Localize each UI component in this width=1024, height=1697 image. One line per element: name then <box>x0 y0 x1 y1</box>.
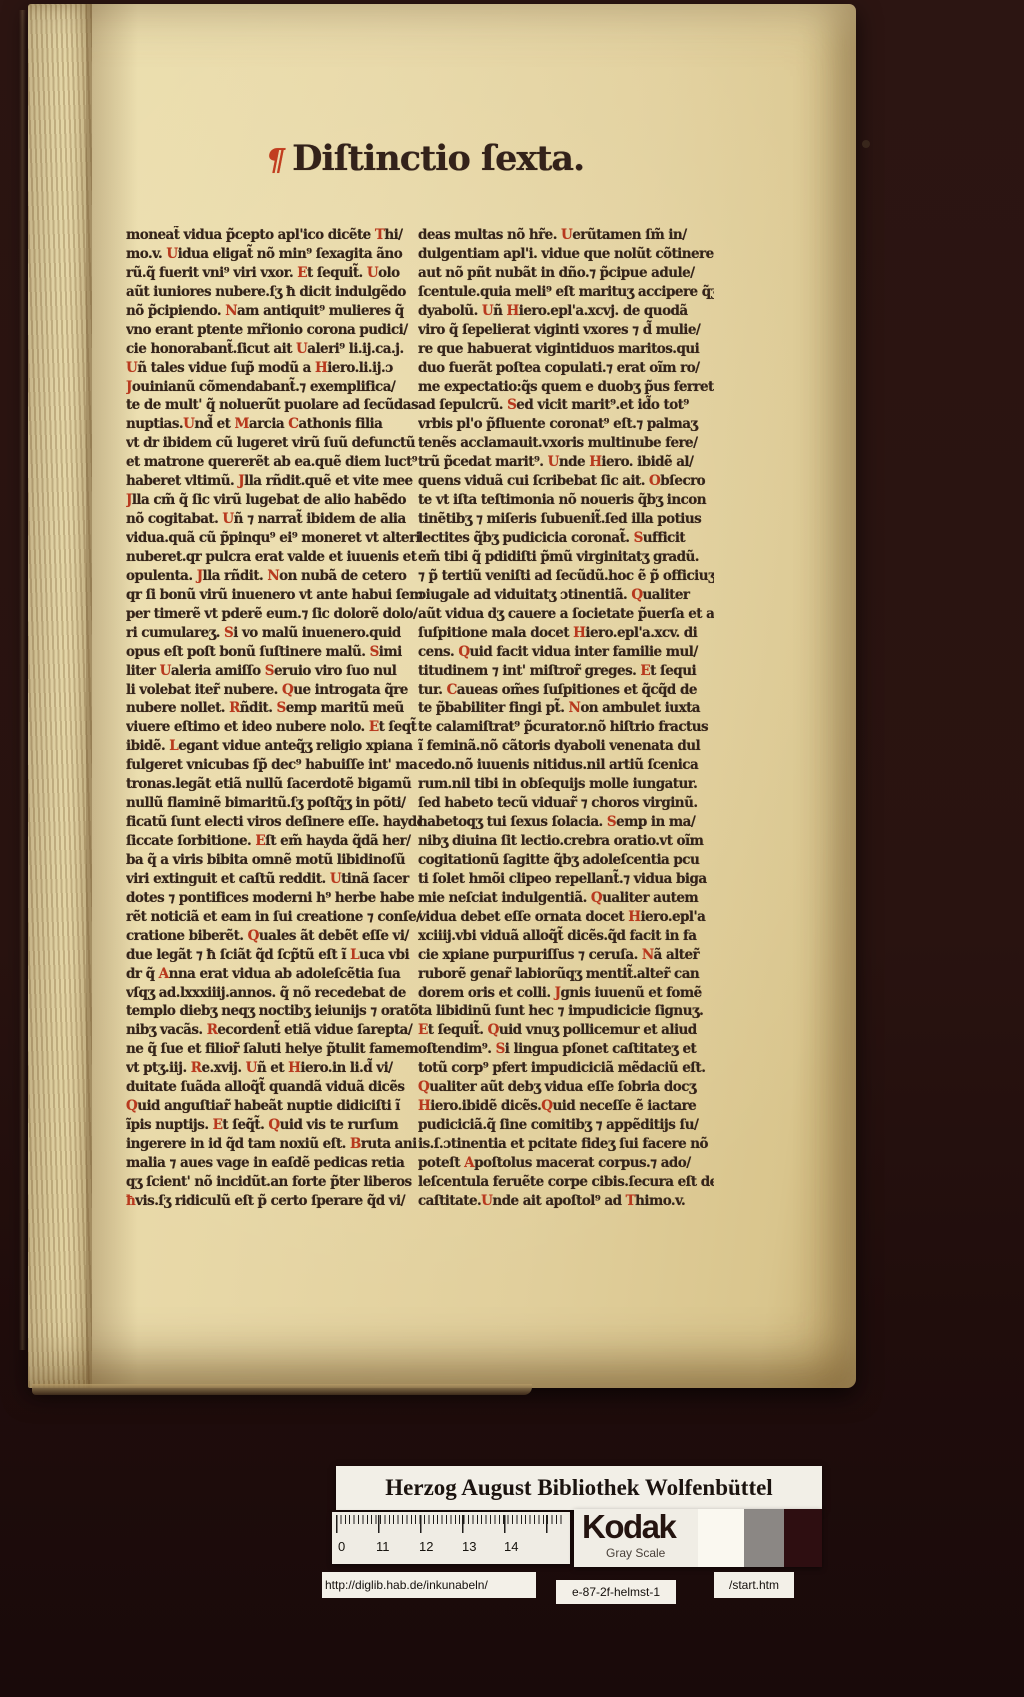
text-line: nõ cogitabat. Uñ ⁊ narrat̃ ibidem de ali… <box>126 510 422 529</box>
text-line: malia ⁊ aues vage in eaſdẽ pedicas retia <box>126 1154 422 1173</box>
text-line: vrbis pl'o p̃fluente coronat⁹ eſt.⁊ palm… <box>418 415 714 434</box>
text-line: vidua debet eſſe ornata docet Hiero.epl'… <box>418 908 714 927</box>
text-line: pudiciciã.q̃ ſine comitibʒ ⁊ appẽditijs … <box>418 1116 714 1135</box>
text-line: ⁊ p̃ tertiũ veniſti ad ſecũdũ.hoc ẽ p̃ o… <box>418 567 714 586</box>
text-line: viro q̃ ſepelierat viginti vxores ⁊ d̃ m… <box>418 321 714 340</box>
text-line: cedo.nõ iuuenis nitidus.nil artiũ ſcenic… <box>418 756 714 775</box>
text-line: vt dr ibidem cũ lugeret virũ ſuũ defunct… <box>126 434 422 453</box>
text-line: mie neſciat indulgentiã. Qualiter autem <box>418 889 714 908</box>
digitization-url-label: http://diglib.hab.de/inkunabeln/ <box>322 1572 536 1598</box>
gray-patch-white <box>698 1509 744 1567</box>
text-line: re que habuerat vigintiduos maritos.qui <box>418 340 714 359</box>
text-line: due legãt ⁊ ħ ſciãt q̃d ſcp̃tũ eſt ĩ Luc… <box>126 946 422 965</box>
text-line: tronas.legãt etiã nullũ ſacerdotẽ bigamũ <box>126 775 422 794</box>
text-line: cens. Quid facit vidua inter familie mul… <box>418 643 714 662</box>
text-line: ĩpis nuptijs. Et ſeq̃t̃. Quid vis te rur… <box>126 1116 422 1135</box>
text-line: ad ſepulcrũ. Sed vicit marit⁹.et id̃o to… <box>418 396 714 415</box>
ruler-number: 11 <box>376 1540 390 1553</box>
text-line: te calamiſtrat⁹ p̃curator.nõ hiſtrio fra… <box>418 718 714 737</box>
text-line: cogitationũ ſagitte q̃bʒ adoleſcentia pc… <box>418 851 714 870</box>
text-line: em̃ tibi q̃ pdidiſti p̃mũ virginitatʒ gr… <box>418 548 714 567</box>
text-line: habetoqʒ tui ſexus ſolacia. Semp in ma/ <box>418 813 714 832</box>
ruler-number: 13 <box>462 1540 476 1553</box>
shelfmark-label: e-87-2f-helmst-1 <box>556 1580 676 1604</box>
text-line: deas multas nõ hr̃e. Uerũtamen ſm̃ in/ <box>418 226 714 245</box>
text-line: templo diebʒ neqʒ noctibʒ ieiunijs ⁊ ora… <box>126 1002 422 1021</box>
text-line: nuptias.Und̃ et Marcia Cathonis filia <box>126 415 422 434</box>
text-line: liter Ualeria amiſſo Seruio viro ſuo nul <box>126 662 422 681</box>
text-line: aut nõ pñt nubãt in dño.⁊ p̃cipue adule/ <box>418 264 714 283</box>
text-line: qʒ ſcient' nõ incidũt.an forte p̃ter lib… <box>126 1173 422 1192</box>
text-line: aũt iuniores nubere.ſʒ ħ dicit indulgẽdo <box>126 283 422 302</box>
text-line: opus eſt poſt bonũ ſuſtinere malũ. Simi <box>126 643 422 662</box>
text-line: dr q̃ Anna erat vidua ab adoleſcẽtia ſua <box>126 965 422 984</box>
ruler-number: 14 <box>504 1540 518 1553</box>
text-line: ti ſolet hmõi clipeo repellant̃.⁊ vidua … <box>418 870 714 889</box>
text-line: aũt vidua dʒ cauere a ſocietate p̃uerſa … <box>418 605 714 624</box>
text-line: Et ſequit̃. Quid vnuʒ pollicemur et aliu… <box>418 1021 714 1040</box>
text-line: duo fuerãt poſtea copulati.⁊ erat oĩm ro… <box>418 359 714 378</box>
text-line: qr ſi bonũ virũ inuenero vt ante habui ſ… <box>126 586 422 605</box>
text-line: dulgentiam apl'i. vidue que nolũt cõtine… <box>418 245 714 264</box>
text-line: ſcentule.quia meli⁹ eſt marituʒ accipere… <box>418 283 714 302</box>
rubric-paragraph-mark: ¶ <box>266 143 284 178</box>
text-line: ibidẽ. Legant vidue anteq̃ʒ religio xpia… <box>126 737 422 756</box>
text-line: ingerere in id q̃d tam noxiũ eſt. Bruta … <box>126 1135 422 1154</box>
text-line: ne q̃ ſue et filior̃ ſaluti helye p̃tuli… <box>126 1040 422 1059</box>
text-line: viri extinguit et caſtũ reddit. Utinã ſa… <box>126 870 422 889</box>
text-line: tenẽs acclamauit.vxoris multinube fere/ <box>418 434 714 453</box>
ruler-number: 0 <box>338 1540 345 1553</box>
book-scan-photo: ¶Diſtinctio ſexta. moneat̃ vidua p̃cepto… <box>0 0 1024 1697</box>
page-bottom-edge <box>32 1384 532 1395</box>
text-line: xciiij.vbi viduã alloq̃t̃ dicẽs.q̃d faci… <box>418 927 714 946</box>
text-line: rum.nil tibi in obſequijs molle iungatur… <box>418 775 714 794</box>
text-line: ta libidinũ ſunt hec ⁊ impudicicie ſignu… <box>418 1002 714 1021</box>
text-column-left: moneat̃ vidua p̃cepto apl'ico dicẽte Thi… <box>126 226 422 1218</box>
text-line: oſtendim⁹. Si lingua pſonet caſtitateʒ e… <box>418 1040 714 1059</box>
text-line: leſcentula feruẽte corpe cibis.ſecura eſ… <box>418 1173 714 1192</box>
library-name-plaque: Herzog August Bibliothek Wolfenbüttel <box>336 1466 822 1510</box>
text-line: tinẽtibʒ ⁊ miſeris ſubuenit̃.ſed illa po… <box>418 510 714 529</box>
text-line: rũ.q̃ fuerit vni⁹ viri vxor. Et ſequit̃.… <box>126 264 422 283</box>
text-column-right: deas multas nõ hr̃e. Uerũtamen ſm̃ in/du… <box>418 226 714 1218</box>
text-line: titudinem ⁊ int' miſtror̃ greges. Et ſeq… <box>418 662 714 681</box>
ruler-ticks <box>336 1515 562 1533</box>
text-line: per timerẽ vt pderẽ eum.⁊ ſic dolorẽ dol… <box>126 605 422 624</box>
text-line: Jouinianũ cõmendabant̃.⁊ exemplifica/ <box>126 378 422 397</box>
text-line: mo.v. Uidua eligat̃ nõ min⁹ ſexagita ãno <box>126 245 422 264</box>
page-title: ¶Diſtinctio ſexta. <box>266 138 584 180</box>
text-line: nõ p̃cipiendo. Nam antiquit⁹ mulieres q̃ <box>126 302 422 321</box>
text-line: nullũ flaminẽ bimaritũ.ſʒ poſtq̃ʒ in põt… <box>126 794 422 813</box>
page-title-text: Diſtinctio ſexta. <box>292 138 584 179</box>
text-line: totũ corp⁹ pfert impudiciciã mẽdaciũ eſt… <box>418 1059 714 1078</box>
text-line: ſuſpitione mala docet Hiero.epl'a.xcv. d… <box>418 624 714 643</box>
book-page: ¶Diſtinctio ſexta. moneat̃ vidua p̃cepto… <box>28 4 856 1388</box>
text-line: cratione biberẽt. Quales ãt debẽt eſſe v… <box>126 927 422 946</box>
ruler-card: 0 11 12 13 14 <box>332 1512 570 1564</box>
ink-speck <box>862 140 870 148</box>
text-line: cie honorabant̃.ſicut ait Ualeri⁹ li.ij.… <box>126 340 422 359</box>
text-line: caſtitate.Unde ait apoſtol⁹ ad Thimo.v. <box>418 1192 714 1211</box>
start-page-label: /start.htm <box>714 1572 794 1598</box>
kodak-logo: Kodak <box>582 1509 675 1545</box>
text-line: haberet vltimũ. Jlla rñdit.quẽ et vite m… <box>126 472 422 491</box>
gray-scale-label: Gray Scale <box>606 1547 665 1559</box>
text-line: Quid anguſtiar̃ habeãt nuptie didiciſti … <box>126 1097 422 1116</box>
text-line: fulgeret vnicubas ſp̃ dec⁹ habuiſſe int'… <box>126 756 422 775</box>
text-line: nubere nollet. Rñdit. Semp maritũ meũ <box>126 699 422 718</box>
text-line: Uñ tales vidue ſup̃ modũ a Hiero.li.ij.ɔ <box>126 359 422 378</box>
text-line: vno erant ptente mr̃ionio corona pudici/ <box>126 321 422 340</box>
text-line: ĩ feminã.nõ cãtoris dyaboli venenata dul <box>418 737 714 756</box>
text-line: opulenta. Jlla rñdit. Non nubã de cetero <box>126 567 422 586</box>
text-line: ruborẽ genar̃ labiorũqʒ mentit̃.alter̃ c… <box>418 965 714 984</box>
text-line: Qualiter aũt debʒ vidua eſſe ſobria docʒ <box>418 1078 714 1097</box>
book-spine-edge <box>19 10 26 1350</box>
text-line: ħvis.ſʒ ridiculũ eſt p̃ certo ſperare q̃… <box>126 1192 422 1211</box>
ruler-number: 12 <box>419 1540 433 1553</box>
kodak-gray-scale-card: Kodak Gray Scale <box>574 1509 822 1567</box>
text-line: Hiero.ibidẽ dicẽs.Quid neceſſe ẽ iactare <box>418 1097 714 1116</box>
text-line: rẽt noticiã et eam in ſui creatione ⁊ co… <box>126 908 422 927</box>
text-line: et matrone quererẽt ab ea.quẽ diem luct⁹ <box>126 453 422 472</box>
text-line: quens viduã cui ſcribebat ſic ait. Obſec… <box>418 472 714 491</box>
text-line: vidua.quã cũ p̃pinqu⁹ ei⁹ moneret vt alt… <box>126 529 422 548</box>
text-line: poteſt Apoſtolus macerat corpus.⁊ ado/ <box>418 1154 714 1173</box>
text-line: ɔiugale ad viduitatʒ ɔtinentiã. Qualiter <box>418 586 714 605</box>
text-line: te de mult' q̃ noluerũt puolare ad ſecũd… <box>126 396 422 415</box>
text-line: ba q̃ a viris bibita omnẽ motũ libidinoſ… <box>126 851 422 870</box>
text-line: ſiccate ſorbitione. Eſt em̃ hayda q̃dã h… <box>126 832 422 851</box>
text-line: is.ſ.ɔtinentia et pcitate fideʒ ſui face… <box>418 1135 714 1154</box>
text-line: lectites q̃bʒ pudicicia coronat̃. Suffic… <box>418 529 714 548</box>
text-line: moneat̃ vidua p̃cepto apl'ico dicẽte Thi… <box>126 226 422 245</box>
text-line: ficatũ ſunt electi viros deſinere eſſe. … <box>126 813 422 832</box>
text-line: tur. Caueas om̃es ſuſpitiones et q̃cq̃d … <box>418 681 714 700</box>
text-line: duitate ſuãda alloq̃t̃ quandã viduã dicẽ… <box>126 1078 422 1097</box>
text-line: li volebat iter̃ nubere. Que introgata q… <box>126 681 422 700</box>
gray-patch-dark <box>784 1509 822 1567</box>
text-line: te p̃babiliter fingi pt̃. Non ambulet iu… <box>418 699 714 718</box>
text-line: nuberet.qr pulcra erat valde et iuuenis … <box>126 548 422 567</box>
text-line: dyabolũ. Uñ Hiero.epl'a.xcvj. de quodã <box>418 302 714 321</box>
text-line: ri cumulareʒ. Si vo malũ inuenero.quid <box>126 624 422 643</box>
text-line: te vt iſta teſtimonia nõ noueris q̃bʒ in… <box>418 491 714 510</box>
text-line: ſed habeto tecũ viduar̃ ⁊ choros virginũ… <box>418 794 714 813</box>
gray-scale-patches <box>698 1509 822 1567</box>
gray-patch-mid <box>744 1509 784 1567</box>
text-line: dorem oris et colli. Jgnis iuuenũ et fom… <box>418 984 714 1003</box>
text-line: vſqʒ ad.lxxxiiij.annos. q̃ nõ recedebat … <box>126 984 422 1003</box>
page-fore-edge-texture <box>28 4 92 1388</box>
text-line: viuere eſtimo et ideo nubere nolo. Et ſe… <box>126 718 422 737</box>
text-line: vt ptʒ.iij. Re.xvij. Uñ et Hiero.in li.d… <box>126 1059 422 1078</box>
text-line: nibʒ vacãs. Recordent̃ etiã vidue ſarept… <box>126 1021 422 1040</box>
text-line: Jlla cm̃ q̃ ſic virũ lugebat de alio hab… <box>126 491 422 510</box>
text-line: me expectatio:q̃s quem e duobʒ p̃us ferr… <box>418 378 714 397</box>
text-line: dotes ⁊ pontifices moderni h⁹ herbe habe <box>126 889 422 908</box>
text-line: nibʒ diuina ſit lectio.crebra oratio.vt … <box>418 832 714 851</box>
text-line: cie xpiane purpuriſſus ⁊ ceruſa. Nã alte… <box>418 946 714 965</box>
text-line: trũ p̃cedat marit⁹. Unde Hiero. ibidẽ al… <box>418 453 714 472</box>
